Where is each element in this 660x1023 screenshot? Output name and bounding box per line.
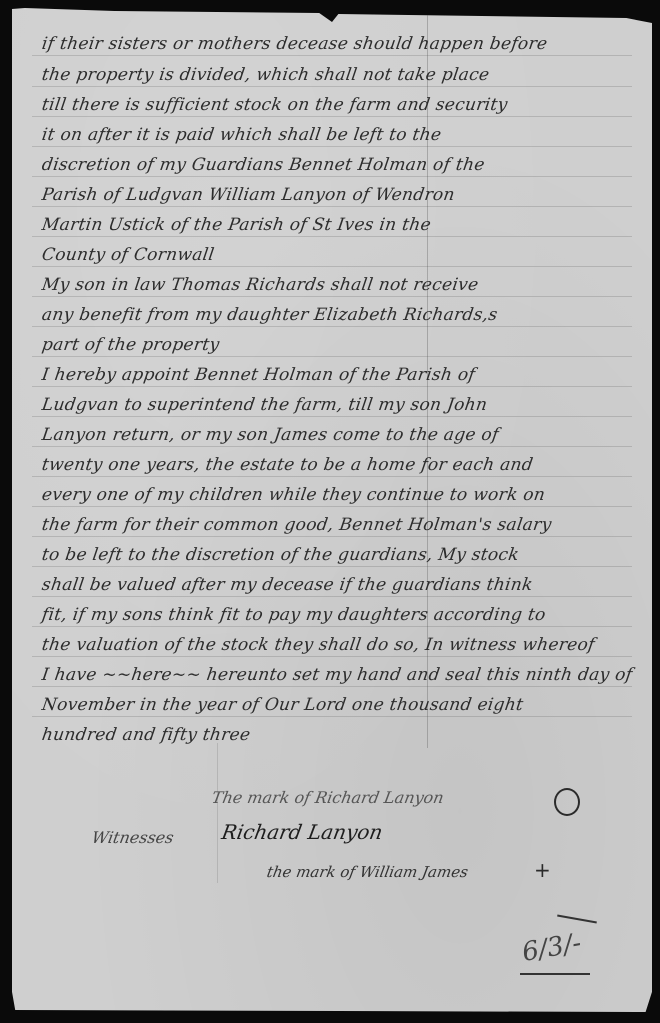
text-line: My son in law Thomas Richards shall not …	[41, 275, 480, 295]
text-line: November in the year of Our Lord one tho…	[41, 695, 525, 715]
text-line: discretion of my Guardians Bennet Holman…	[41, 155, 487, 175]
ruled-line	[32, 476, 632, 477]
text-line: shall be valued after my decease if the …	[41, 575, 535, 595]
ruled-line	[32, 266, 632, 267]
ruled-line	[32, 416, 632, 417]
ruled-line	[32, 446, 632, 447]
witnesses-label: Witnesses	[90, 828, 175, 847]
mark-of-william-james: the mark of William James	[265, 863, 469, 881]
ruled-line	[32, 356, 632, 357]
text-line: fit, if my sons think fit to pay my daug…	[41, 605, 547, 625]
text-line: I have ~~here~~ hereunto set my hand and…	[41, 665, 634, 685]
ruled-line	[32, 386, 632, 387]
text-line: it on after it is paid which shall be le…	[41, 125, 443, 145]
ruled-line	[32, 506, 632, 507]
mark-of-richard-lanyon: The mark of Richard Lanyon	[210, 788, 445, 807]
folio-note: 6/3/-	[520, 928, 584, 968]
ruled-line	[32, 206, 632, 207]
text-line: Ludgvan to superintend the farm, till my…	[41, 395, 489, 415]
ruled-line	[32, 686, 632, 687]
folio-overline	[557, 915, 597, 924]
text-line: hundred and fifty three	[41, 725, 252, 745]
ruled-line	[32, 716, 632, 717]
text-line: part of the property	[41, 335, 221, 355]
text-line: every one of my children while they cont…	[41, 485, 547, 505]
document-page: if their sisters or mothers decease shou…	[12, 8, 652, 1012]
mark-symbol-circle	[554, 788, 580, 816]
fold-crease-lower	[217, 743, 218, 883]
signature-richard-lanyon: Richard Lanyon	[220, 820, 385, 844]
ruled-line	[32, 326, 632, 327]
text-line: the farm for their common good, Bennet H…	[41, 515, 553, 535]
ruled-line	[32, 536, 632, 537]
text-line: County of Cornwall	[41, 245, 216, 265]
ruled-line	[32, 86, 632, 87]
ruled-line	[32, 566, 632, 567]
ruled-line	[32, 116, 632, 117]
ruled-line	[32, 146, 632, 147]
text-line: Parish of Ludgvan William Lanyon of Wend…	[41, 185, 457, 205]
ruled-line	[32, 596, 632, 597]
ruled-line	[32, 55, 632, 56]
text-line: any benefit from my daughter Elizabeth R…	[41, 305, 499, 325]
folio-underline	[520, 973, 590, 975]
ruled-line	[32, 626, 632, 627]
text-line: I hereby appoint Bennet Holman of the Pa…	[41, 365, 477, 385]
text-line: Lanyon return, or my son James come to t…	[41, 425, 500, 445]
text-line: twenty one years, the estate to be a hom…	[41, 455, 535, 475]
ruled-line	[32, 656, 632, 657]
mark-symbol-cross: +	[534, 858, 551, 882]
text-line: Martin Ustick of the Parish of St Ives i…	[41, 215, 433, 235]
text-line: if their sisters or mothers decease shou…	[41, 34, 549, 54]
text-line: till there is sufficient stock on the fa…	[41, 95, 509, 115]
text-line: the valuation of the stock they shall do…	[41, 635, 597, 655]
ruled-line	[32, 176, 632, 177]
text-line: to be left to the discretion of the guar…	[41, 545, 521, 565]
ruled-line	[32, 296, 632, 297]
text-line: the property is divided, which shall not…	[41, 65, 491, 85]
ruled-line	[32, 236, 632, 237]
